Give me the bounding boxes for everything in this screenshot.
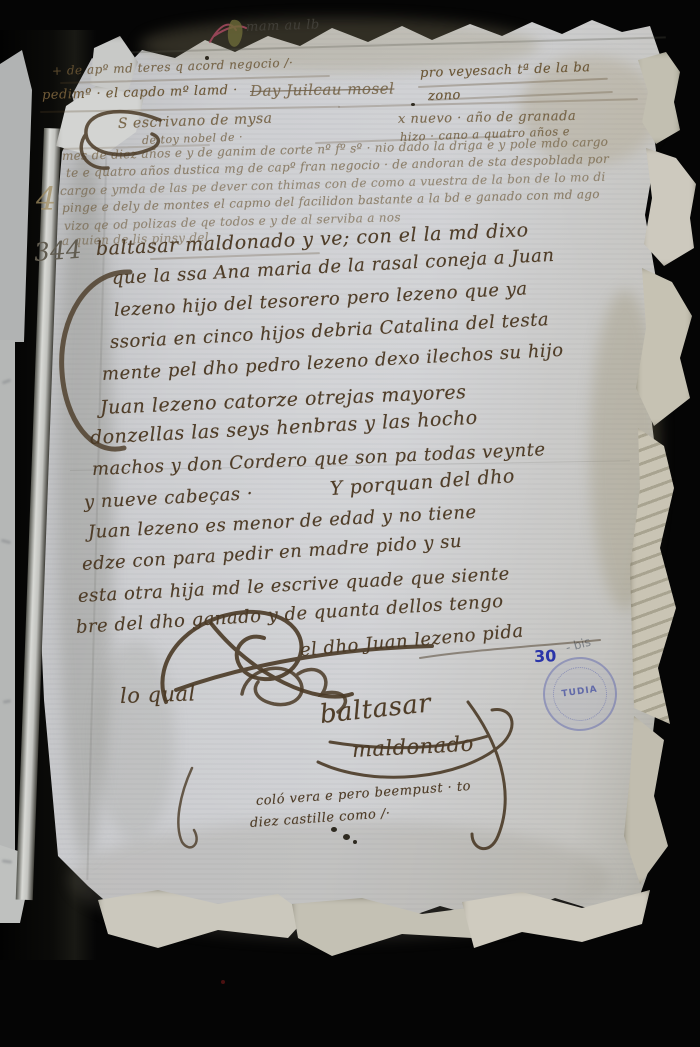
folio-number-blue: 30 (534, 646, 557, 666)
ink-speck (343, 834, 350, 840)
ink-speck (205, 56, 209, 60)
manuscript-line: lo qual (120, 681, 197, 708)
margin-numeral-faded: 4 (36, 180, 56, 218)
header-line-struck: Day Juilcau mosel (250, 79, 395, 100)
ink-speck (353, 840, 357, 844)
ink-speck (411, 103, 415, 106)
red-speck (221, 980, 225, 984)
paper-stain (95, 640, 175, 840)
torn-paper-fragment (636, 268, 692, 426)
torn-paper-fragment (642, 148, 696, 266)
header-line: zono (428, 88, 461, 104)
ink-speck (331, 827, 337, 832)
manuscript-photo: mam au lb + de apº md teres q acord nego… (0, 0, 700, 1047)
folio-numeral: 344 (33, 235, 83, 267)
previous-page-edge (0, 340, 15, 860)
top-scribble: mam au lb (246, 17, 320, 35)
